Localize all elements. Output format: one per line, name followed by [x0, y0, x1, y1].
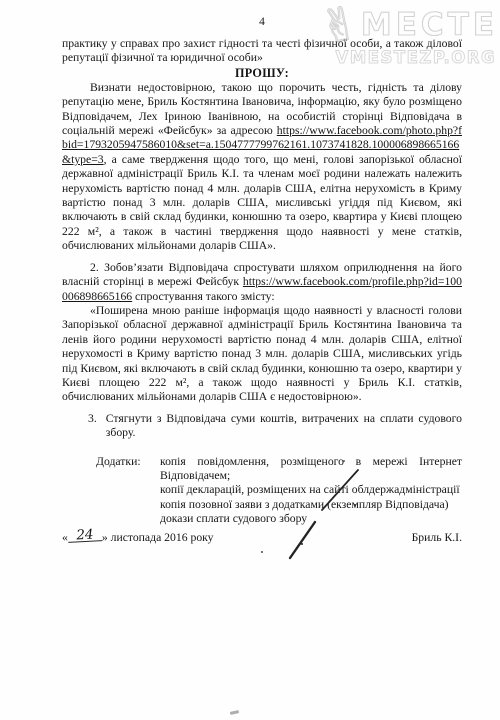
signature-stroke-icon	[258, 458, 378, 568]
intro-paragraph: практику у справах про захист гідності т…	[62, 37, 462, 66]
document-content: 4 практику у справах про захист гідності…	[0, 0, 500, 527]
attachments-label: Додатки:	[96, 455, 160, 527]
date-text: листопада 2016 року	[111, 531, 214, 544]
claim1-text-after: , а саме твердження щодо того, що мені, …	[62, 153, 462, 252]
claim-paragraph-1: Визнати недостовірною, такою що порочить…	[62, 81, 462, 254]
scan-artifact	[230, 710, 239, 715]
spacer	[62, 254, 462, 261]
signature-date: «24» листопада 2016 року	[62, 531, 214, 544]
retraction-quote: «Поширена мною раніше інформація щодо на…	[62, 304, 462, 405]
claim-paragraph-3: 3. Стягнути з Відповідача суми коштів, в…	[88, 412, 462, 441]
claim3-text: Стягнути з Відповідача суми коштів, витр…	[106, 412, 462, 441]
scanned-document-page: ✌ МЕСТЕ VMESTEZP.ORG 4 практику у справа…	[0, 0, 500, 720]
section-heading: ПРОШУ:	[62, 66, 462, 81]
claim-paragraph-2: 2. Зобов’язати Відповідача спростувати ш…	[62, 261, 462, 304]
claim2-text-after: спростування такого змісту:	[132, 290, 275, 303]
signatory-name: Бриль К.І.	[412, 531, 462, 544]
claim3-number: 3.	[88, 412, 97, 441]
close-quote: »	[102, 531, 108, 544]
handwritten-day: 24	[68, 529, 103, 543]
page-number: 4	[62, 16, 462, 28]
spacer	[62, 405, 462, 412]
